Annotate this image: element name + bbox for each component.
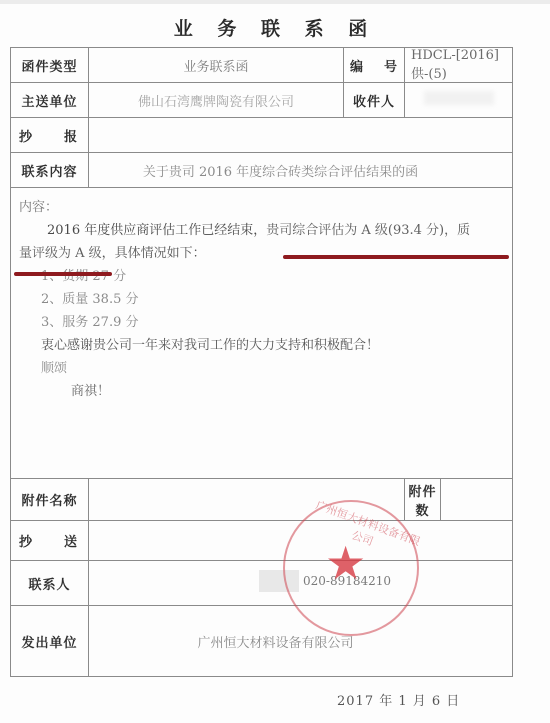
attachment-name-label: 附件名称 bbox=[11, 479, 89, 521]
issuer-label: 发出单位 bbox=[11, 606, 89, 677]
attachment-count-label: 附件数 bbox=[405, 479, 441, 521]
number-label: 编号 bbox=[344, 48, 405, 83]
row-sender: 主送单位 佛山石湾鹰牌陶瓷有限公司 收件人 bbox=[11, 83, 513, 118]
subject-value: 关于贵司 2016 年度综合砖类综合评估结果的函 bbox=[89, 153, 513, 188]
highlight-underline-2 bbox=[14, 272, 112, 276]
number-value: HDCL-[2016]供-(5) bbox=[405, 48, 513, 83]
issuer-value: 广州恒大材料设备有限公司 bbox=[89, 606, 513, 677]
redacted-contact-name bbox=[259, 570, 299, 592]
row-cc-send: 抄 送 bbox=[11, 521, 513, 561]
sender-label: 主送单位 bbox=[11, 83, 89, 118]
letter-form-table: 函件类型 业务联系函 编号 HDCL-[2016]供-(5) 主送单位 佛山石湾… bbox=[10, 47, 513, 677]
row-attachment: 附件名称 附件数 bbox=[11, 479, 513, 521]
row-subject: 联系内容 关于贵司 2016 年度综合砖类综合评估结果的函 bbox=[11, 153, 513, 188]
highlight-overall-grade: 贵司综合评估为 A 级(93.4 分)，质 bbox=[266, 223, 470, 238]
row-contact: 联系人 020-89184210 bbox=[11, 561, 513, 606]
sender-value: 佛山石湾鹰牌陶瓷有限公司 bbox=[89, 83, 344, 118]
content-heading: 内容： bbox=[19, 196, 504, 219]
subject-label: 联系内容 bbox=[11, 153, 89, 188]
score-item-service: 3、服务 27.9 分 bbox=[19, 311, 504, 334]
highlight-underline-1 bbox=[283, 255, 509, 259]
row-letter-type: 函件类型 业务联系函 编号 HDCL-[2016]供-(5) bbox=[11, 48, 513, 83]
letter-body: 内容： 2016 年度供应商评估工作已经结束，贵司综合评估为 A 级(93.4 … bbox=[11, 188, 512, 403]
score-item-quality: 2、质量 38.5 分 bbox=[19, 288, 504, 311]
evaluation-paragraph-cont: 量评级为 A 级，具体情况如下： bbox=[19, 242, 504, 265]
row-issuer: 发出单位 广州恒大材料设备有限公司 bbox=[11, 606, 513, 677]
evaluation-paragraph: 2016 年度供应商评估工作已经结束，贵司综合评估为 A 级(93.4 分)，质 bbox=[19, 219, 504, 242]
recipient-value bbox=[405, 83, 513, 118]
issue-date: 2017 年 1 月 6 日 bbox=[337, 690, 460, 709]
cc-send-label: 抄 送 bbox=[11, 521, 89, 561]
closing-wish: 商祺！ bbox=[19, 380, 504, 403]
letter-type-value: 业务联系函 bbox=[89, 48, 344, 83]
contact-phone: 020-89184210 bbox=[303, 574, 391, 588]
contact-value: 020-89184210 bbox=[89, 561, 513, 606]
attachment-name-value bbox=[89, 479, 405, 521]
cc-send-value bbox=[89, 521, 513, 561]
row-content: 内容： 2016 年度供应商评估工作已经结束，贵司综合评估为 A 级(93.4 … bbox=[11, 188, 513, 479]
attachment-count-value bbox=[441, 479, 513, 521]
highlight-quality-grade: 量评级为 A 级 bbox=[19, 246, 102, 261]
document-title: 业 务 联 系 函 bbox=[0, 14, 550, 41]
contact-label: 联系人 bbox=[11, 561, 89, 606]
closing-greeting: 顺颂 bbox=[19, 357, 504, 380]
letter-type-label: 函件类型 bbox=[11, 48, 89, 83]
row-cc-report: 抄 报 bbox=[11, 118, 513, 153]
score-item-delivery: 1、货期 27 分 bbox=[19, 265, 504, 288]
document-page: 业 务 联 系 函 函件类型 业务联系函 编号 HDCL-[2016]供-(5)… bbox=[0, 0, 550, 723]
redacted-recipient bbox=[424, 91, 494, 105]
cc-report-value bbox=[89, 118, 513, 153]
page-edge bbox=[0, 0, 550, 4]
cc-report-label: 抄 报 bbox=[11, 118, 89, 153]
content-cell: 内容： 2016 年度供应商评估工作已经结束，贵司综合评估为 A 级(93.4 … bbox=[11, 188, 513, 479]
recipient-label: 收件人 bbox=[344, 83, 405, 118]
thanks-line: 衷心感谢贵公司一年来对我司工作的大力支持和积极配合！ bbox=[19, 334, 504, 357]
